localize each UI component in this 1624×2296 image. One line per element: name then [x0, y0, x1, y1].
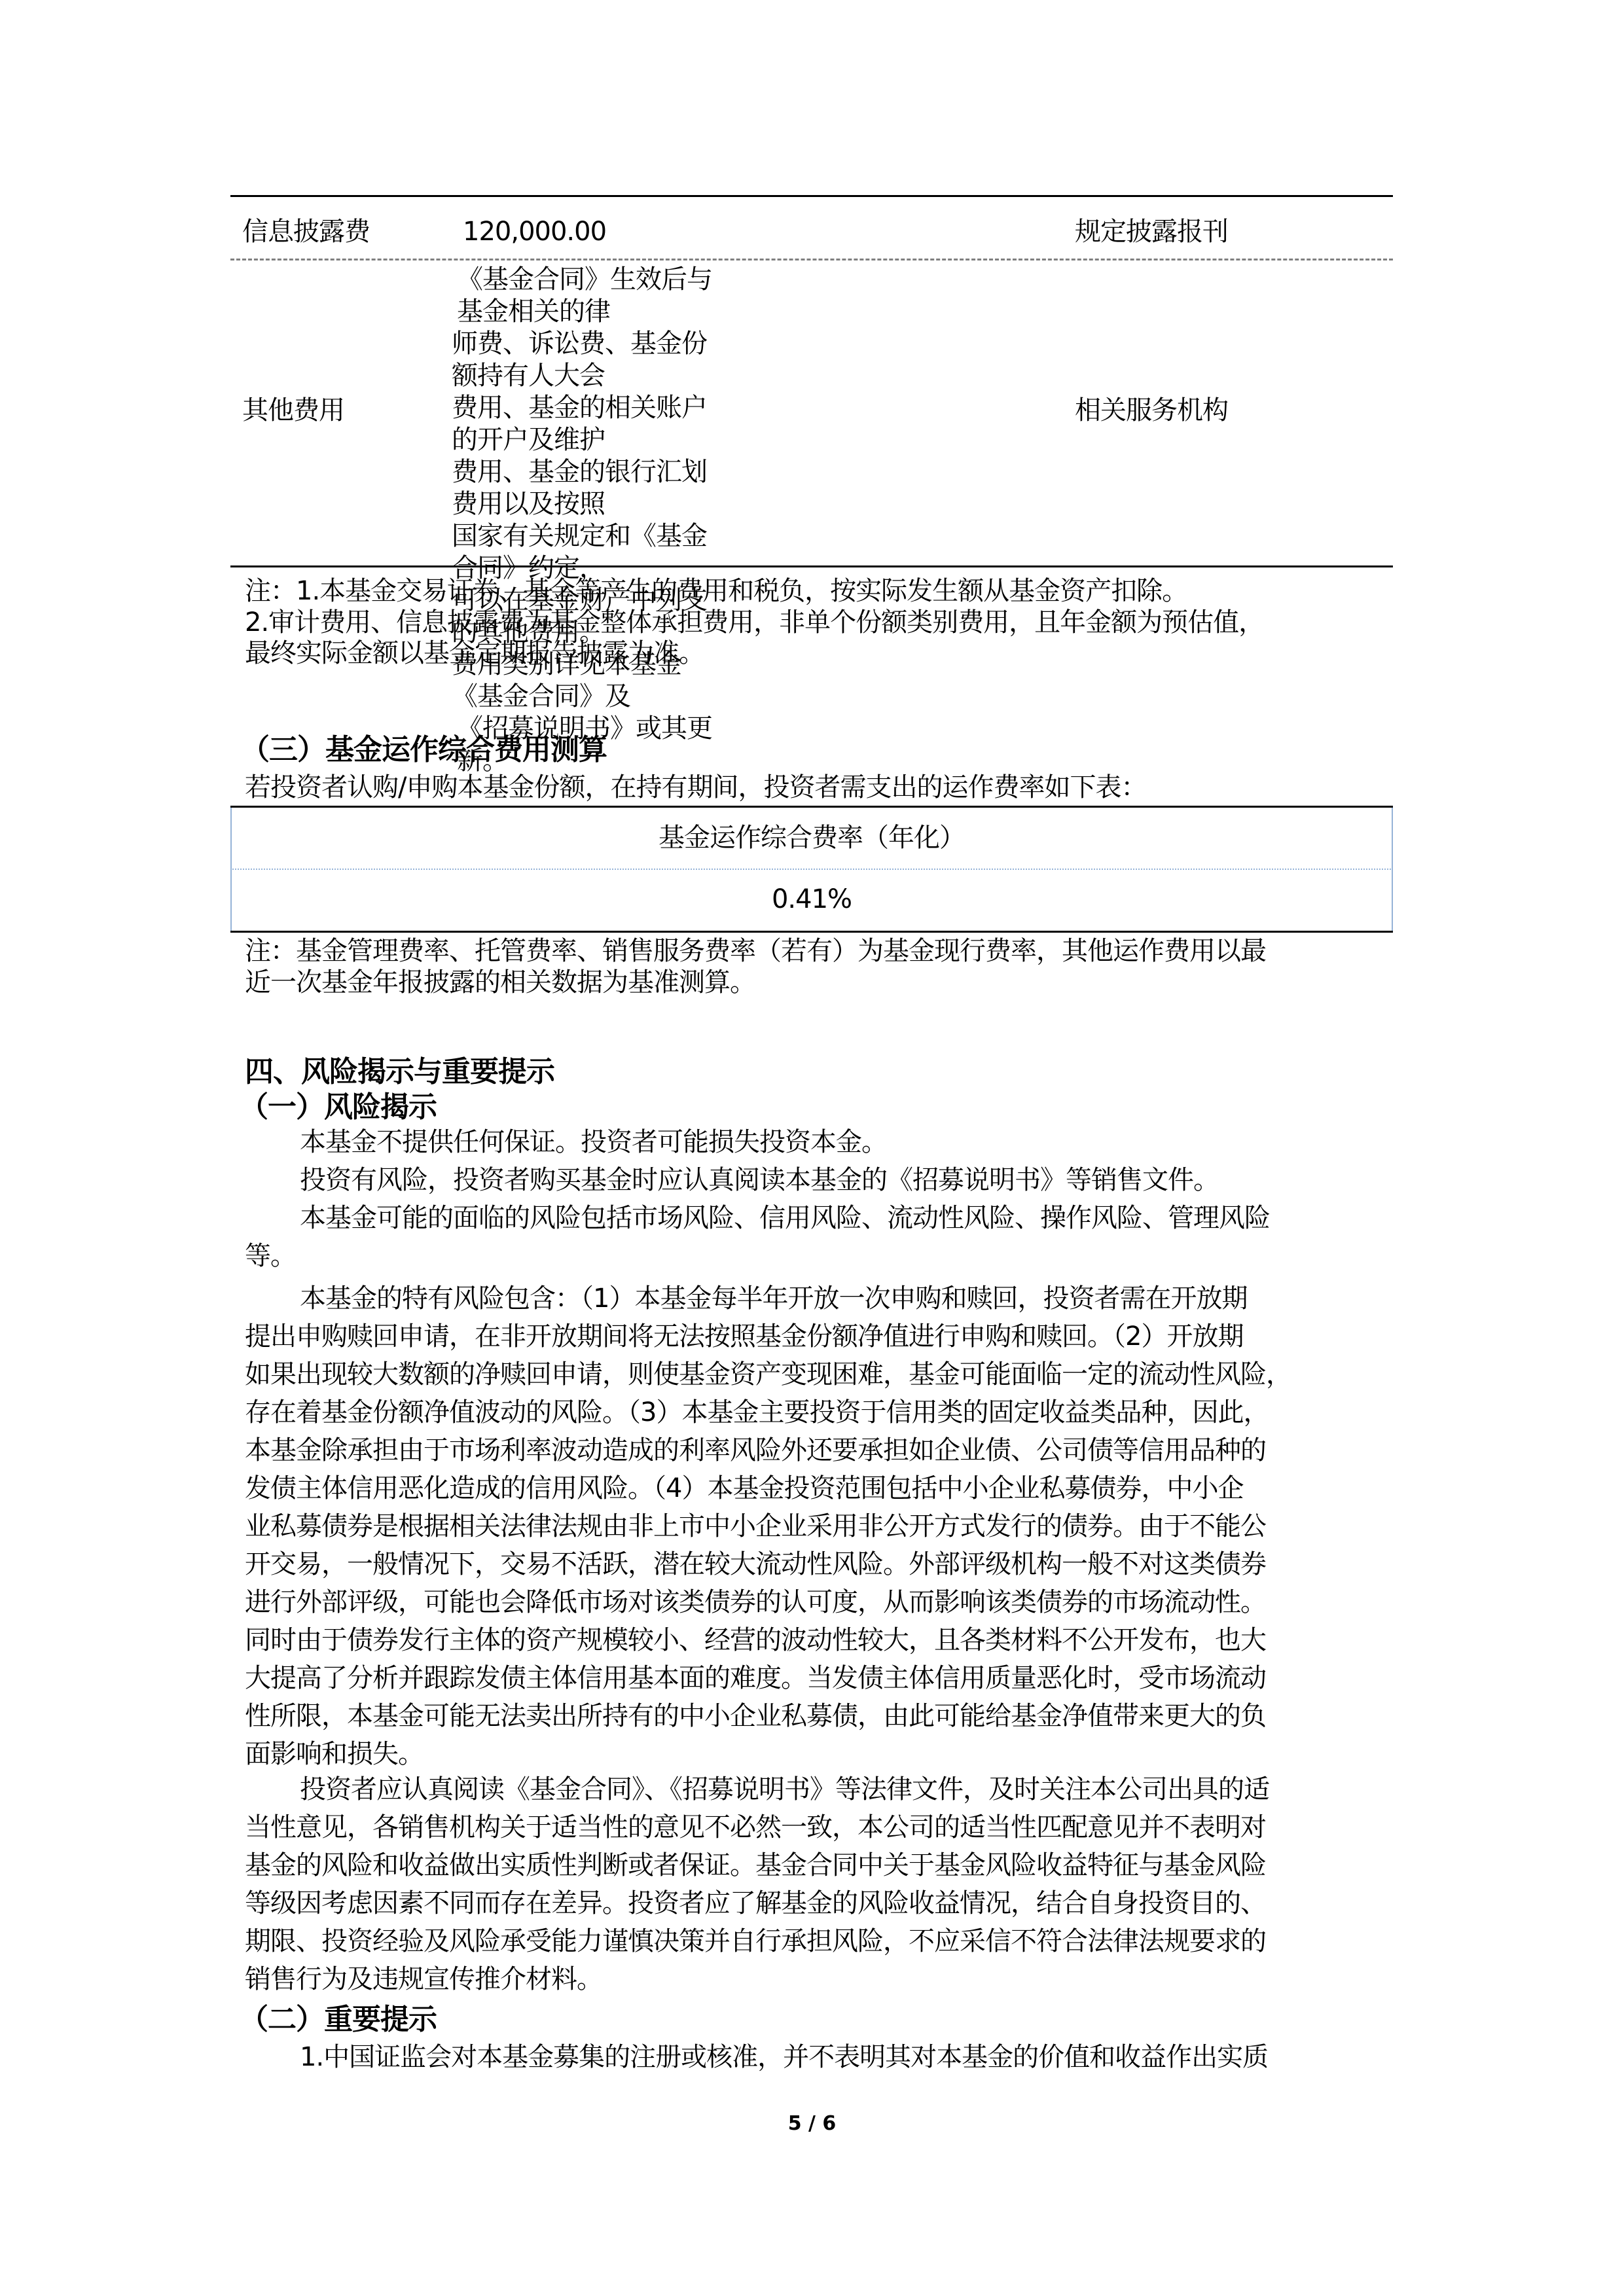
fee-recipient-info-disclosure: 规定披露报刊: [1075, 216, 1228, 248]
para-line: 进行外部评级，可能也会降低市场对该类债券的认可度，从而影响该类债券的市场流动性。: [245, 1583, 1384, 1621]
para-line: 发债主体信用恶化造成的信用风险。（4）本基金投资范围包括中小企业私募债券，中小企: [245, 1469, 1384, 1507]
para-line: 基金的风险和收益做出实质性判断或者保证。基金合同中关于基金风险收益特征与基金风险: [245, 1846, 1384, 1884]
note-line: 2.审计费用、信息披露费为基金整体承担费用，非单个份额类别费用，且年金额为预估值…: [245, 607, 1384, 639]
subsection-heading-risk: （一）风险揭示: [240, 1090, 1379, 1124]
para-line: 投资者应认真阅读《基金合同》、《招募说明书》等法律文件，及时关注本公司出具的适: [245, 1770, 1384, 1808]
subsection-heading-important-notice: （二）重要提示: [240, 2003, 1379, 2037]
composite-fee-value: 0.41%: [230, 884, 1393, 915]
para-line: 等级因考虑因素不同而存在差异。投资者应了解基金的风险收益情况，结合自身投资目的、: [245, 1884, 1384, 1922]
risk-paragraph-2: 投资有风险，投资者购买基金时应认真阅读本基金的《招募说明书》等销售文件。: [245, 1165, 1384, 1196]
para-line: 同时由于债券发行主体的资产规模较小、经营的波动性较大，且各类材料不公开发布，也大: [245, 1621, 1384, 1659]
description-line: 国家有关规定和《基金合同》约定，: [452, 520, 720, 584]
description-line: 《基金合同》生效后与基金相关的律: [457, 264, 725, 328]
fee-recipient-other: 相关服务机构: [1075, 395, 1228, 427]
table-bottom-rule: [230, 931, 1393, 933]
para-line: 性所限，本基金可能无法卖出所持有的中小企业私募债，由此可能给基金净值带来更大的负: [245, 1697, 1384, 1735]
composite-fee-intro: 若投资者认购/申购本基金份额，在持有期间，投资者需支出的运作费率如下表：: [245, 772, 1384, 804]
para-line: 销售行为及违规宣传推介材料。: [245, 1960, 1384, 1998]
para-line: 本基金除承担由于市场利率波动造成的利率风险外还要承担如企业债、公司债等信用品种的: [245, 1431, 1384, 1469]
row-separator: [230, 259, 1393, 260]
section-heading-risk-and-notice: 四、风险揭示与重要提示: [245, 1055, 1384, 1089]
fee-item-other: 其他费用: [242, 395, 344, 427]
para-line: 本基金可能的面临的风险包括市场风险、信用风险、流动性风险、操作风险、管理风险: [245, 1203, 1384, 1234]
risk-paragraph-4: 本基金的特有风险包含：（1）本基金每半年开放一次申购和赎回，投资者需在开放期 提…: [245, 1280, 1384, 1773]
fee-table-notes: 注：1.本基金交易证券、基金等产生的费用和税负，按实际发生额从基金资产扣除。 2…: [245, 576, 1384, 670]
table-bottom-rule: [230, 565, 1393, 567]
para-line: 面影响和损失。: [245, 1735, 1384, 1773]
para-line: 如果出现较大数额的净赎回申请，则使基金资产变现困难，基金可能面临一定的流动性风险…: [245, 1355, 1384, 1393]
description-line: 师费、诉讼费、基金份额持有人大会: [452, 328, 720, 392]
fee-description-other: 《基金合同》生效后与基金相关的律 师费、诉讼费、基金份额持有人大会 费用、基金的…: [452, 264, 720, 777]
risk-paragraph-1: 本基金不提供任何保证。投资者可能损失投资本金。: [245, 1127, 1384, 1158]
para-line: 存在着基金份额净值波动的风险。（3）本基金主要投资于信用类的固定收益类品种，因此…: [245, 1393, 1384, 1431]
para-line: 大提高了分析并跟踪发债主体信用基本面的难度。当发债主体信用质量恶化时，受市场流动: [245, 1659, 1384, 1697]
fee-amount-info-disclosure: 120,000.00: [463, 216, 606, 248]
composite-fee-table: 基金运作综合费率（年化） 0.41%: [230, 806, 1393, 933]
risk-paragraph-5: 投资者应认真阅读《基金合同》、《招募说明书》等法律文件，及时关注本公司出具的适 …: [245, 1770, 1384, 1998]
note-line: 注：1.本基金交易证券、基金等产生的费用和税负，按实际发生额从基金资产扣除。: [245, 576, 1384, 607]
para-line: 期限、投资经验及风险承受能力谨慎决策并自行承担风险，不应采信不符合法律法规要求的: [245, 1922, 1384, 1960]
para-line: 提出申购赎回申请，在非开放期间将无法按照基金份额净值进行申购和赎回。（2）开放期: [245, 1318, 1384, 1355]
page-number: 5 / 6: [0, 2112, 1624, 2135]
note-line: 最终实际金额以基金定期报告披露为准。: [245, 638, 1384, 670]
para-line: 当性意见，各销售机构关于适当性的意见不必然一致，本公司的适当性匹配意见并不表明对: [245, 1808, 1384, 1846]
composite-fee-note: 注：基金管理费率、托管费率、销售服务费率（若有）为基金现行费率，其他运作费用以最…: [245, 936, 1384, 998]
para-line: 开交易，一般情况下，交易不活跃，潜在较大流动性风险。外部评级机构一般不对这类债券: [245, 1545, 1384, 1583]
para-line: 本基金的特有风险包含：（1）本基金每半年开放一次申购和赎回，投资者需在开放期: [245, 1280, 1384, 1318]
fee-item-info-disclosure: 信息披露费: [242, 216, 370, 248]
description-line: 费用、基金的相关账户的开户及维护: [452, 392, 720, 456]
table-top-rule: [230, 195, 1393, 197]
risk-paragraph-3: 本基金可能的面临的风险包括市场风险、信用风险、流动性风险、操作风险、管理风险 等…: [245, 1203, 1384, 1272]
table-top-rule: [230, 806, 1393, 808]
note-line: 注：基金管理费率、托管费率、销售服务费率（若有）为基金现行费率，其他运作费用以最: [245, 936, 1384, 967]
section-heading-composite-fee: （三）基金运作综合费用测算: [241, 733, 1380, 767]
composite-fee-header: 基金运作综合费率（年化）: [230, 823, 1393, 853]
note-line: 近一次基金年报披露的相关数据为基准测算。: [245, 967, 1384, 999]
description-line: 费用、基金的银行汇划费用以及按照: [452, 456, 720, 520]
para-line: 业私募债券是根据相关法律法规由非上市中小企业采用非公开方式发行的债券。由于不能公: [245, 1507, 1384, 1545]
para-line: 等。: [245, 1241, 1384, 1272]
important-notice-paragraph-1: 1.中国证监会对本基金募集的注册或核准，并不表明其对本基金的价值和收益作出实质: [245, 2042, 1384, 2073]
row-separator: [230, 869, 1393, 870]
